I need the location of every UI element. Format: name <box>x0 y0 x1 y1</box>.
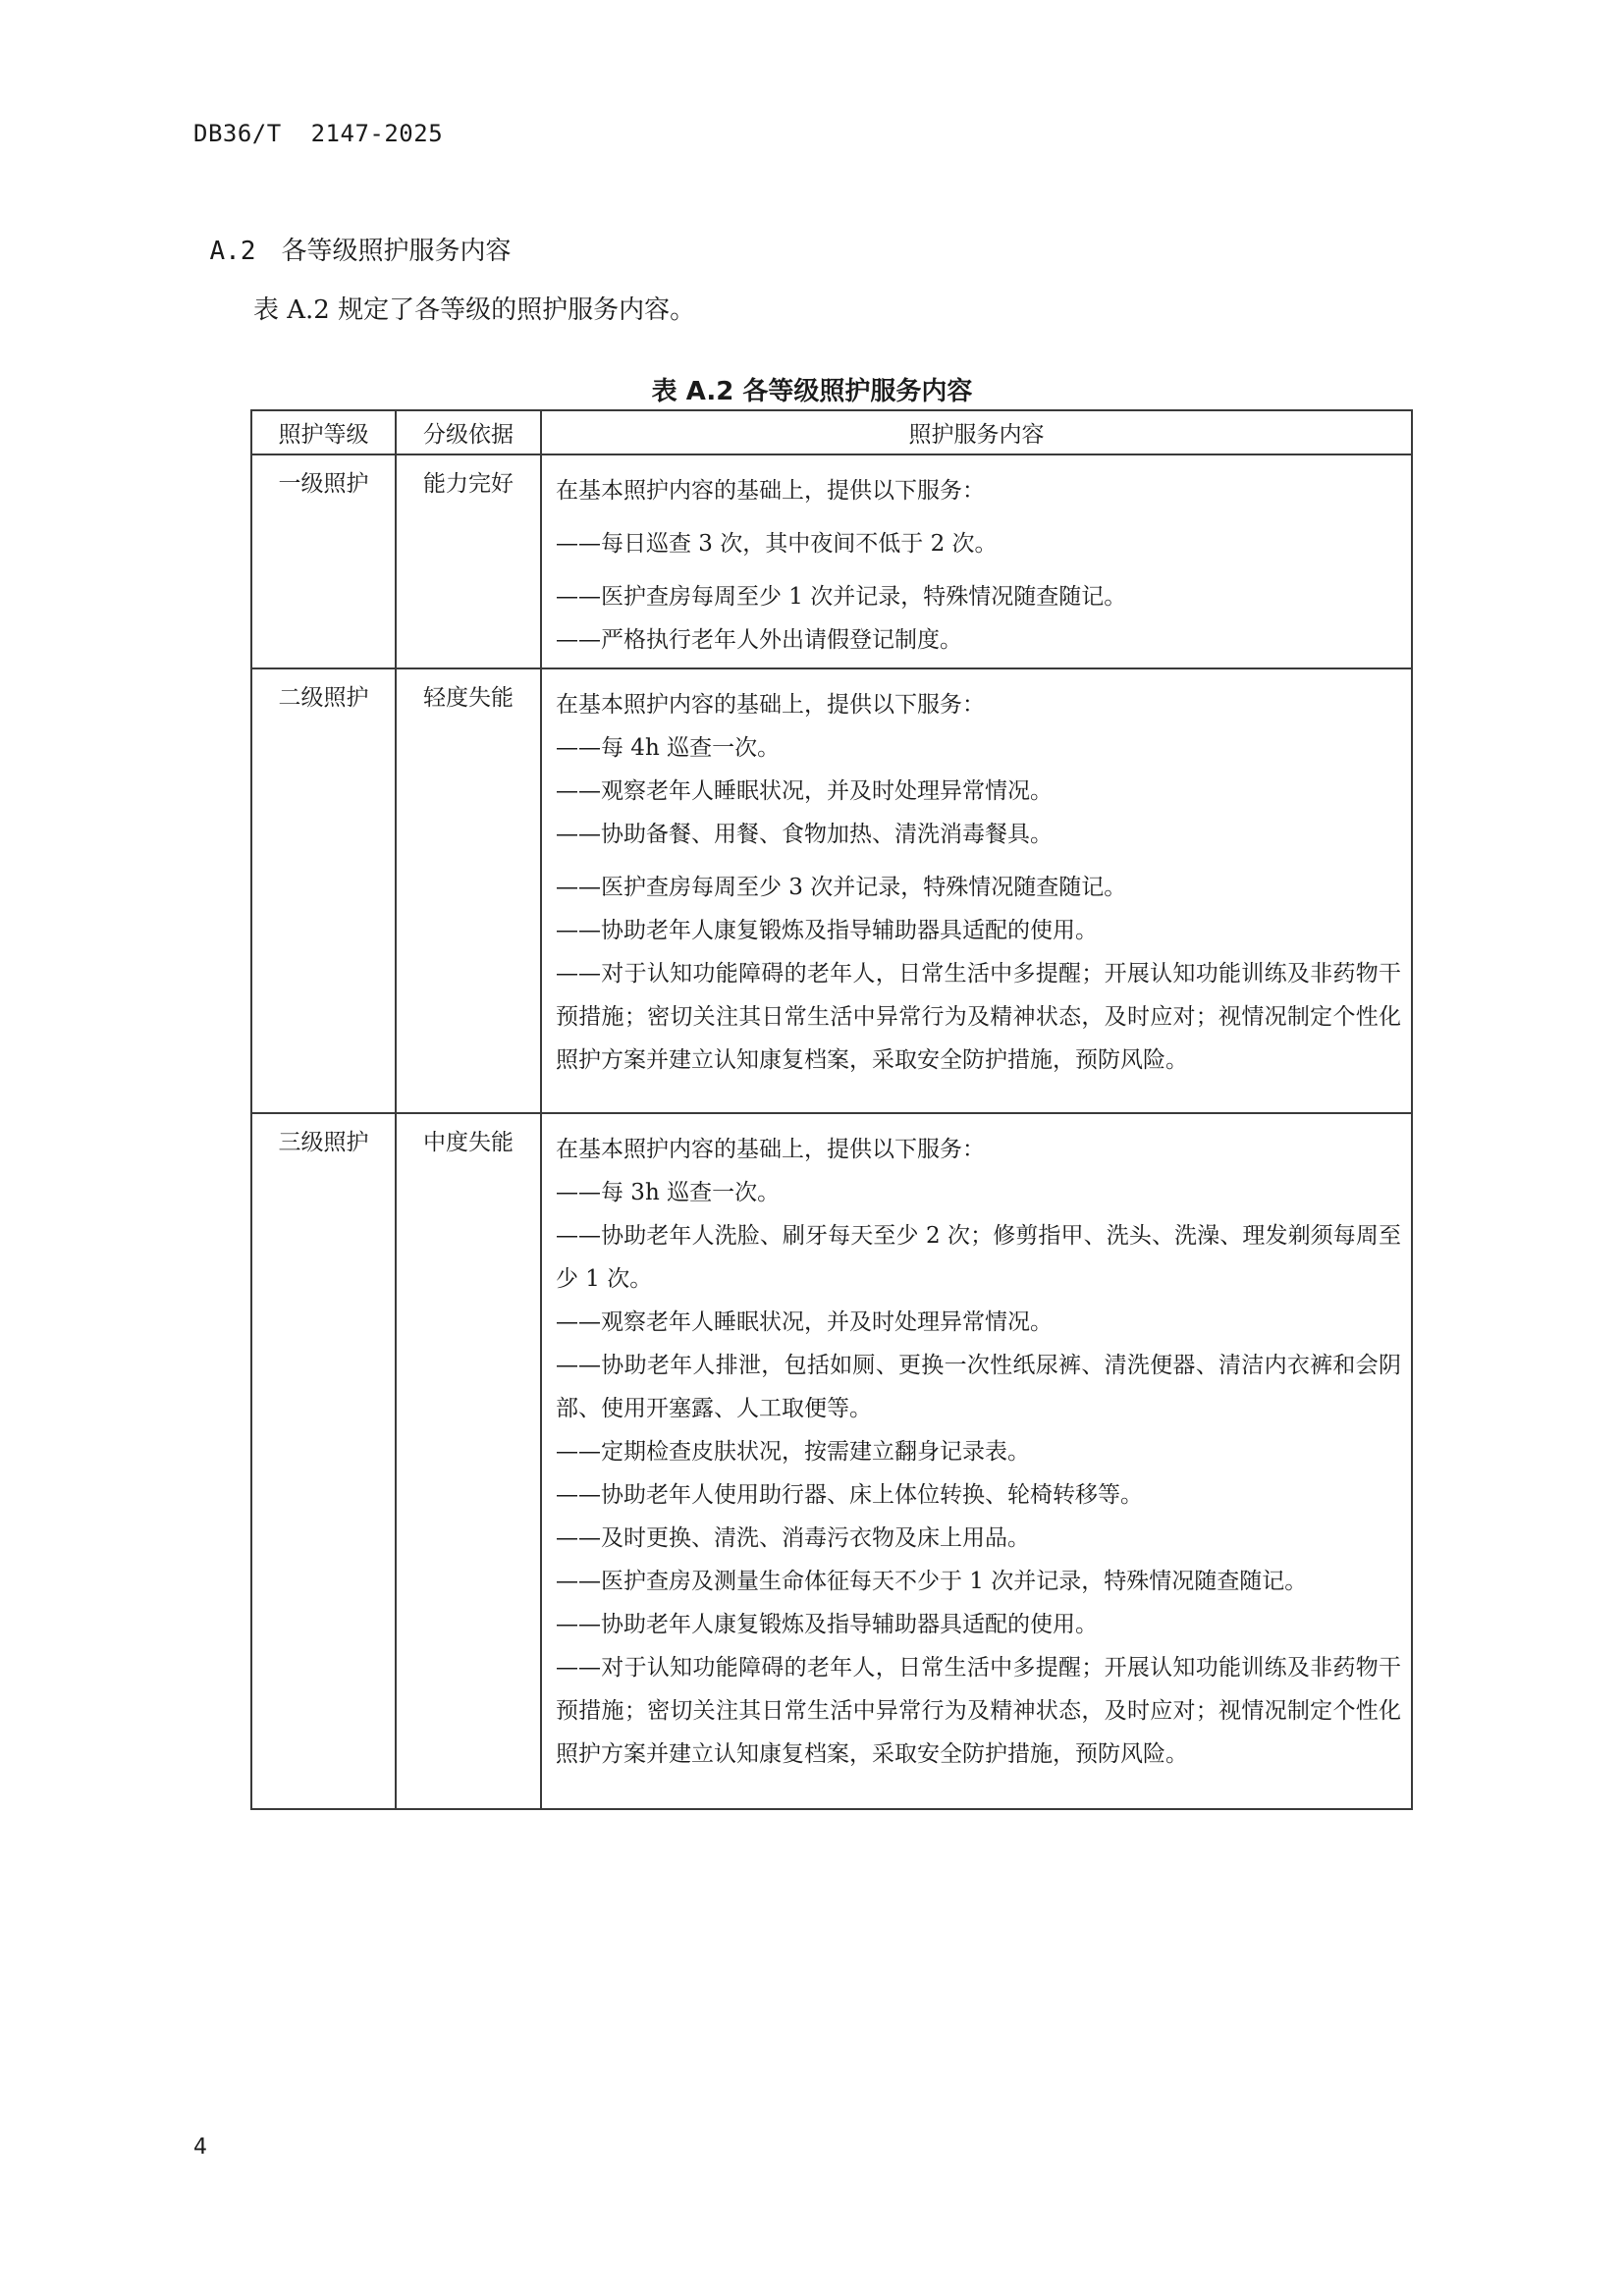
intro-paragraph: 表 A.2 规定了各等级的照护服务内容。 <box>253 290 695 326</box>
content-line: 在基本照护内容的基础上，提供以下服务： <box>556 469 1401 512</box>
content-line: ——对于认知功能障碍的老年人，日常生活中多提醒；开展认知功能训练及非药物干预措施… <box>556 1646 1401 1776</box>
content-line: 在基本照护内容的基础上，提供以下服务： <box>556 683 1401 726</box>
care-level-cell: 一级照护 <box>251 454 396 668</box>
care-level-cell: 二级照护 <box>251 668 396 1113</box>
page-number: 4 <box>193 2135 207 2160</box>
content-line: ——协助备餐、用餐、食物加热、清洗消毒餐具。 <box>556 813 1401 856</box>
content-line: ——严格执行老年人外出请假登记制度。 <box>556 618 1401 662</box>
table-row: 三级照护 中度失能 在基本照护内容的基础上，提供以下服务： ——每 3h 巡查一… <box>251 1113 1412 1809</box>
content-line: ——协助老年人康复锻炼及指导辅助器具适配的使用。 <box>556 1603 1401 1646</box>
content-line: ——协助老年人排泄，包括如厕、更换一次性纸尿裤、清洗便器、清洁内衣裤和会阴部、使… <box>556 1344 1401 1430</box>
content-line: ——观察老年人睡眠状况，并及时处理异常情况。 <box>556 1301 1401 1344</box>
service-content-cell: 在基本照护内容的基础上，提供以下服务： ——每 3h 巡查一次。 ——协助老年人… <box>541 1113 1412 1809</box>
column-header-basis: 分级依据 <box>396 410 541 454</box>
content-line: ——对于认知功能障碍的老年人，日常生活中多提醒；开展认知功能训练及非药物干预措施… <box>556 952 1401 1082</box>
content-line: ——及时更换、清洗、消毒污衣物及床上用品。 <box>556 1517 1401 1560</box>
content-line: ——协助老年人康复锻炼及指导辅助器具适配的使用。 <box>556 909 1401 952</box>
table-title: 表 A.2 各等级照护服务内容 <box>0 371 1624 407</box>
section-title: 各等级照护服务内容 <box>282 237 512 266</box>
table-row: 一级照护 能力完好 在基本照护内容的基础上，提供以下服务： ——每日巡查 3 次… <box>251 454 1412 668</box>
content-line: ——观察老年人睡眠状况，并及时处理异常情况。 <box>556 770 1401 813</box>
table-header-row: 照护等级 分级依据 照护服务内容 <box>251 410 1412 454</box>
content-line: ——每 3h 巡查一次。 <box>556 1171 1401 1214</box>
grading-basis-cell: 能力完好 <box>396 454 541 668</box>
table-row: 二级照护 轻度失能 在基本照护内容的基础上，提供以下服务： ——每 4h 巡查一… <box>251 668 1412 1113</box>
service-content-cell: 在基本照护内容的基础上，提供以下服务： ——每日巡查 3 次，其中夜间不低于 2… <box>541 454 1412 668</box>
section-heading: A.2各等级照护服务内容 <box>193 201 512 267</box>
content-line: ——医护查房及测量生命体征每天不少于 1 次并记录，特殊情况随查随记。 <box>556 1560 1401 1603</box>
care-level-cell: 三级照护 <box>251 1113 396 1809</box>
section-number: A.2 <box>210 237 256 266</box>
grading-basis-cell: 中度失能 <box>396 1113 541 1809</box>
content-line: ——定期检查皮肤状况，按需建立翻身记录表。 <box>556 1430 1401 1473</box>
document-code: DB36/T 2147-2025 <box>193 120 443 147</box>
content-line: ——医护查房每周至少 3 次并记录，特殊情况随查随记。 <box>556 866 1401 909</box>
content-line: ——协助老年人洗脸、刷牙每天至少 2 次；修剪指甲、洗头、洗澡、理发剃须每周至少… <box>556 1214 1401 1301</box>
care-level-table: 照护等级 分级依据 照护服务内容 一级照护 能力完好 在基本照护内容的基础上，提… <box>250 409 1413 1810</box>
service-content-cell: 在基本照护内容的基础上，提供以下服务： ——每 4h 巡查一次。 ——观察老年人… <box>541 668 1412 1113</box>
content-line: 在基本照护内容的基础上，提供以下服务： <box>556 1128 1401 1171</box>
column-header-content: 照护服务内容 <box>541 410 1412 454</box>
grading-basis-cell: 轻度失能 <box>396 668 541 1113</box>
content-line: ——每 4h 巡查一次。 <box>556 726 1401 770</box>
content-line: ——医护查房每周至少 1 次并记录，特殊情况随查随记。 <box>556 575 1401 618</box>
content-line: ——协助老年人使用助行器、床上体位转换、轮椅转移等。 <box>556 1473 1401 1517</box>
column-header-level: 照护等级 <box>251 410 396 454</box>
content-line: ——每日巡查 3 次，其中夜间不低于 2 次。 <box>556 522 1401 565</box>
